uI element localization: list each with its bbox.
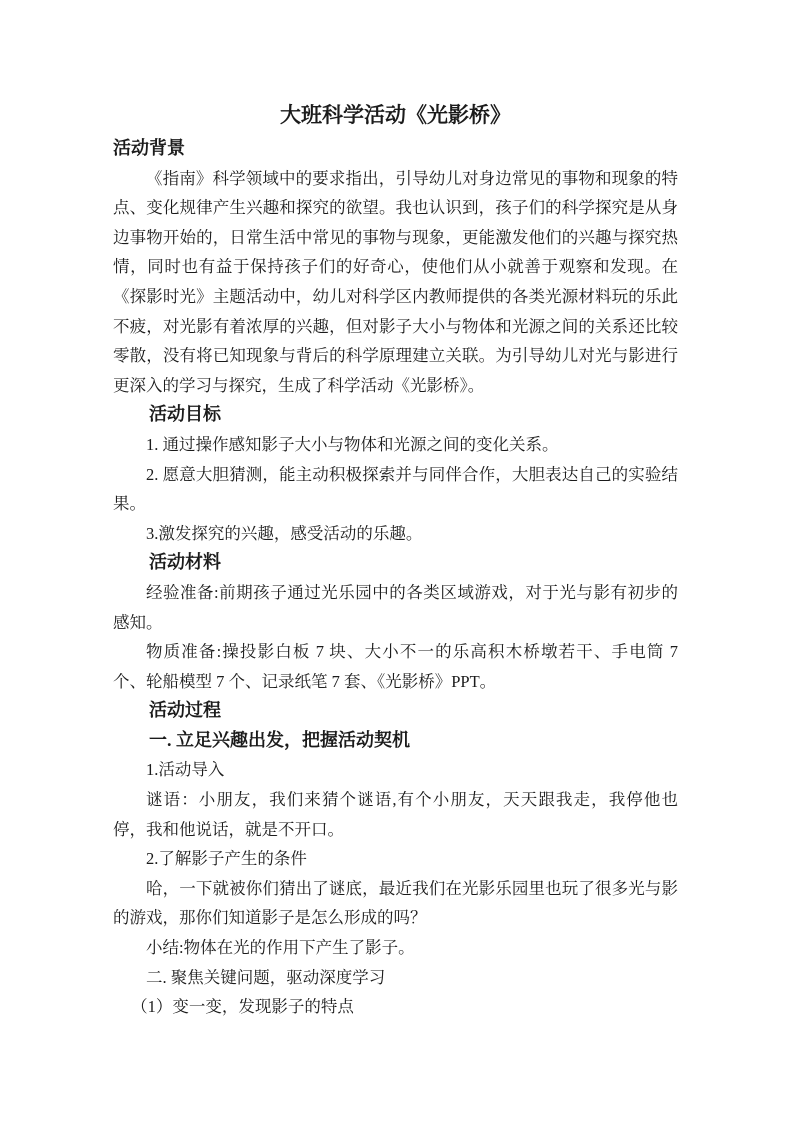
heading-activity-goals: 活动目标: [113, 400, 678, 430]
paragraph-material-preparation: 物质准备:操投影白板 7 块、大小不一的乐高积木桥墩若干、手电筒 7 个、轮船模…: [113, 637, 678, 696]
section-heading-two: 二. 聚焦关键问题，驱动深度学习: [113, 963, 678, 993]
document-page: 大班科学活动《光影桥》 活动背景 《指南》科学领域中的要求指出，引导幼儿对身边常…: [0, 0, 794, 1123]
heading-activity-process: 活动过程: [113, 696, 678, 726]
heading-activity-materials: 活动材料: [113, 548, 678, 578]
step-shadow-conditions: 2.了解影子产生的条件: [113, 844, 678, 874]
heading-activity-background: 活动背景: [113, 134, 678, 164]
paragraph-summary: 小结:物体在光的作用下产生了影子。: [113, 933, 678, 963]
section-heading-one: 一. 立足兴趣出发，把握活动契机: [113, 726, 678, 756]
paragraph-riddle: 谜语：小朋友，我们来猜个谜语,有个小朋友，天天跟我走，我停他也停，我和他说话，就…: [113, 785, 678, 844]
goal-item-3: 3.激发探究的兴趣，感受活动的乐趣。: [113, 519, 678, 549]
document-title: 大班科学活动《光影桥》: [113, 96, 678, 134]
step-activity-intro: 1.活动导入: [113, 755, 678, 785]
paragraph-experience-preparation: 经验准备:前期孩子通过光乐园中的各类区域游戏，对于光与影有初步的感知。: [113, 578, 678, 637]
sub-step-change-discover: （1）变一变，发现影子的特点: [113, 992, 678, 1022]
goal-item-1: 1. 通过操作感知影子大小与物体和光源之间的变化关系。: [113, 430, 678, 460]
paragraph-riddle-answer: 哈，一下就被你们猜出了谜底，最近我们在光影乐园里也玩了很多光与影的游戏，那你们知…: [113, 874, 678, 933]
goal-item-2: 2. 愿意大胆猜测，能主动积极探索并与同伴合作，大胆表达自己的实验结果。: [113, 460, 678, 519]
paragraph-activity-background: 《指南》科学领域中的要求指出，引导幼儿对身边常见的事物和现象的特点、变化规律产生…: [113, 164, 678, 401]
